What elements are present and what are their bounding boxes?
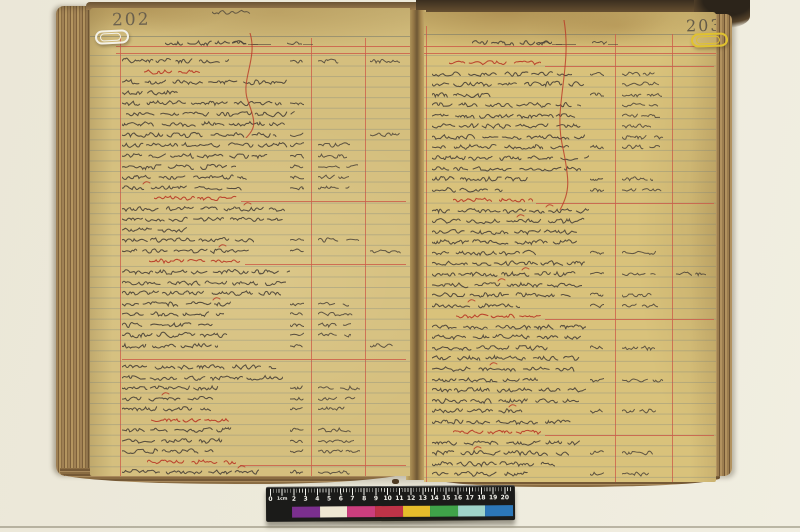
ledger-entry-row xyxy=(90,373,410,384)
red-section-line xyxy=(241,201,406,202)
ledger-entry-row xyxy=(90,299,410,310)
color-patch xyxy=(347,506,375,517)
paperclip xyxy=(95,29,130,45)
ruler-number: 20 xyxy=(501,494,509,502)
ledger-page-right: 203 xyxy=(424,12,716,482)
ledger-entry-row xyxy=(424,406,716,417)
ledger-entry-row xyxy=(424,396,716,407)
ledger-entry-row xyxy=(90,425,410,436)
ruler-number: 1cm xyxy=(277,496,288,504)
ruler-number: 6 xyxy=(339,495,343,503)
color-patch xyxy=(430,506,458,517)
ledger-entry-row xyxy=(424,280,716,291)
color-patch xyxy=(292,506,320,517)
ruler-number: 16 xyxy=(454,494,462,502)
ledger-entry-row xyxy=(90,436,410,447)
ledger-entry-row xyxy=(90,278,410,289)
color-patch xyxy=(375,506,403,517)
red-section-line xyxy=(240,465,406,466)
ruler-number: 17 xyxy=(465,494,473,502)
ledger-photograph: 202 203 01cm2345678910111213141516171819… xyxy=(0,0,800,532)
red-section-heading xyxy=(90,415,410,426)
ledger-entry-row xyxy=(90,330,410,341)
color-patch xyxy=(320,506,348,517)
ruler-number: 12 xyxy=(407,495,415,503)
ledger-entry-row xyxy=(90,225,410,236)
red-section-line xyxy=(245,264,406,265)
ledger-entry-row xyxy=(90,394,410,405)
ruler-shadow xyxy=(270,519,516,526)
ledger-entry-row xyxy=(424,301,716,312)
ledger-entry-row xyxy=(424,353,716,364)
page-top-annotation xyxy=(212,2,254,21)
ruler-number: 19 xyxy=(489,494,497,502)
ledger-entry-row xyxy=(424,227,716,238)
red-section-heading xyxy=(424,427,716,438)
ledger-entry-row xyxy=(424,385,716,396)
red-section-heading xyxy=(90,457,410,468)
ruler-number: 10 xyxy=(383,495,391,503)
red-section-line xyxy=(545,319,714,320)
ledger-entry-row xyxy=(90,162,410,173)
ledger-entry-row xyxy=(424,438,716,449)
ledger-entry-row xyxy=(90,267,410,278)
ledger-entry-row xyxy=(90,246,410,257)
ledger-entry-row xyxy=(90,183,410,194)
red-annotation-stroke xyxy=(552,20,576,210)
red-section-heading xyxy=(424,311,716,322)
ruler-number: 9 xyxy=(374,495,378,503)
ledger-entry-row xyxy=(90,467,410,476)
page-number: 202 xyxy=(112,10,151,31)
red-section-line xyxy=(545,435,714,436)
ruler-number: 7 xyxy=(350,495,354,503)
backdrop-seam xyxy=(0,526,800,528)
ledger-entry-row xyxy=(424,469,716,480)
ledger-entry-row xyxy=(90,320,410,331)
ledger-entry-row xyxy=(424,269,716,280)
ruler-number: 0 xyxy=(268,496,272,504)
red-section-line xyxy=(122,359,406,360)
ledger-entry-row xyxy=(90,309,410,320)
photographic-scale-ruler: 01cm234567891011121314151617181920 xyxy=(266,485,515,522)
ruler-numbers: 01cm234567891011121314151617181920 xyxy=(266,494,515,504)
ruler-number: 5 xyxy=(327,495,331,503)
color-patch xyxy=(403,506,431,517)
left-page-edge-stack xyxy=(56,6,92,476)
ledger-entry-row xyxy=(90,151,410,162)
red-section-heading xyxy=(90,256,410,267)
ruler-number: 4 xyxy=(315,495,319,503)
ledger-entry-row xyxy=(424,448,716,459)
ruler-number: 18 xyxy=(477,494,485,502)
ledger-entry-row xyxy=(90,172,410,183)
ledger-entry-row xyxy=(90,204,410,215)
ruler-number: 11 xyxy=(395,495,403,503)
ledger-entry-row xyxy=(90,362,410,373)
ledger-entry-row xyxy=(90,404,410,415)
ruler-number: 14 xyxy=(430,495,438,503)
red-divider-line xyxy=(90,351,410,362)
ruler-number: 13 xyxy=(419,495,427,503)
ledger-entry-row xyxy=(90,341,410,352)
ruler-color-patches xyxy=(292,505,513,518)
ledger-entry-row xyxy=(90,383,410,394)
paperclip xyxy=(691,32,728,47)
ruler-number: 2 xyxy=(292,496,296,504)
ledger-entry-row xyxy=(424,343,716,354)
ledger-entry-row xyxy=(424,322,716,333)
ledger-entry-row xyxy=(424,459,716,470)
ledger-entry-row xyxy=(424,375,716,386)
ruler-number: 3 xyxy=(304,496,308,504)
debris-speck xyxy=(392,479,399,484)
ledger-page-left: 202 xyxy=(90,8,410,476)
ledger-entry-row xyxy=(90,446,410,457)
ledger-entry-row xyxy=(424,237,716,248)
ledger-entry-row xyxy=(424,332,716,343)
ledger-entry-row xyxy=(424,216,716,227)
color-patch xyxy=(485,505,513,516)
ledger-entry-row xyxy=(424,364,716,375)
red-annotation-stroke xyxy=(238,33,262,138)
ruler-number: 15 xyxy=(442,495,450,503)
ledger-entry-row xyxy=(90,288,410,299)
ledger-entry-row xyxy=(90,140,410,151)
ledger-entry-row xyxy=(424,258,716,269)
ledger-entry-row xyxy=(90,235,410,246)
ruler-number: 8 xyxy=(362,495,366,503)
color-patch xyxy=(458,505,486,516)
ledger-entry-row xyxy=(424,417,716,428)
ledger-entry-row xyxy=(90,214,410,225)
ledger-entry-row xyxy=(424,248,716,259)
